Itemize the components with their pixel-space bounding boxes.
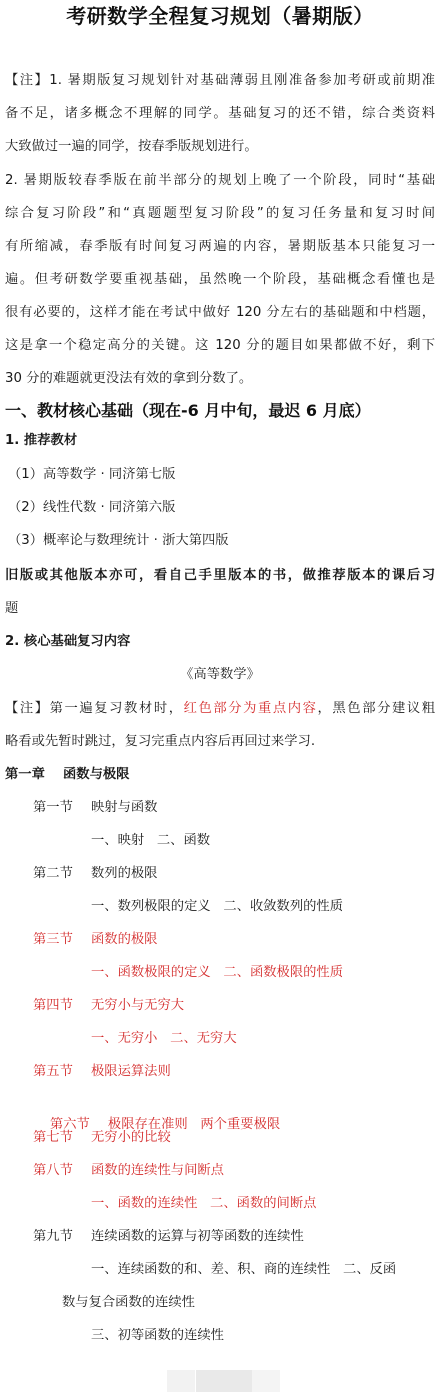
chapter-name: 函数与极限 [63, 767, 129, 782]
chapter-section: 第一节映射与函数 [33, 798, 440, 818]
book-item: （1）高等数学 · 同济第七版 [8, 465, 438, 485]
note1-line: 【注】1. 暑期版复习规划针对基础薄弱且刚准备参加考研或前期准 [5, 71, 435, 91]
section-items: 三、初等函数的连续性 [91, 1326, 440, 1346]
section-num: 第七节 [33, 1128, 91, 1148]
note2-line: 2. 暑期版较春季版在前半部分的规划上晚了一个阶段，同时“基础 [5, 171, 435, 191]
section-name: 连续函数的运算与初等函数的连续性 [91, 1229, 304, 1244]
section-items: 一、数列极限的定义 二、收敛数列的性质 [91, 897, 440, 917]
section-items-continued: 数与复合函数的连续性 [62, 1293, 440, 1313]
note2-line: 30 分的难题就更没法有效的拿到分数了。 [5, 369, 435, 389]
chapter-section: 第二节数列的极限 [33, 864, 440, 884]
section-num: 第八节 [33, 1161, 91, 1181]
note2-line: 综合复习阶段”和“真题题型复习阶段”的复习任务量和复习时间 [5, 204, 435, 224]
section-items: 一、映射 二、函数 [91, 831, 440, 851]
remark-line: 题 [5, 599, 435, 619]
page-title: 考研数学全程复习规划（暑期版） [0, 2, 440, 30]
subsection-heading: 1. 推荐教材 [5, 431, 435, 451]
note1-line: 大致做过一遍的同学，按春季版规划进行。 [5, 137, 435, 157]
chapter-section: 第九节连续函数的运算与初等函数的连续性 [33, 1227, 440, 1247]
study-note-line: 【注】第一遍复习教材时，红色部分为重点内容，黑色部分建议粗 [5, 699, 435, 719]
chapter-section-important: 第三节函数的极限 [33, 930, 440, 950]
section-name: 无穷小的比较 [91, 1130, 171, 1145]
section-items: 一、函数极限的定义 二、函数极限的性质 [91, 963, 440, 983]
chapter-heading: 第一章函数与极限 [5, 765, 435, 785]
book-item: （3）概率论与数理统计 · 浙大第四版 [8, 531, 438, 551]
note2-line: 有所缩减，春季版有时间复习两遍的内容，暑期版基本只能复习一 [5, 237, 435, 257]
note2-line: 这是拿一个稳定高分的关键。这 120 分的题目如果都做不好，剩下 [5, 336, 435, 356]
section-name: 映射与函数 [91, 800, 157, 815]
section-name: 极限运算法则 [91, 1064, 171, 1079]
study-note-suffix: ，黑色部分建议粗 [318, 701, 435, 716]
book-item: （2）线性代数 · 同济第六版 [8, 498, 438, 518]
section-heading: 一、教材核心基础（现在-6 月中旬，最迟 6 月底） [5, 400, 435, 422]
chapter-section-important: 第七节无穷小的比较 [33, 1128, 440, 1148]
document-page: 考研数学全程复习规划（暑期版） 【注】1. 暑期版复习规划针对基础薄弱且刚准备参… [0, 0, 440, 1392]
section-name: 数列的极限 [91, 866, 157, 881]
section-items: 一、函数的连续性 二、函数的间断点 [91, 1194, 440, 1214]
note2-line: 遍。但考研数学要重视基础，虽然晚一个阶段，基础概念看懂也是 [5, 270, 435, 290]
section-num: 第九节 [33, 1227, 91, 1247]
section-items: 一、无穷小 二、无穷大 [91, 1029, 440, 1049]
watermark-block [167, 1370, 195, 1392]
chapter-section-important: 第八节函数的连续性与间断点 [33, 1161, 440, 1181]
section-name: 函数的连续性与间断点 [91, 1163, 224, 1178]
book-title: 《高等数学》 [0, 665, 440, 685]
subsection-heading: 2. 核心基础复习内容 [5, 632, 435, 652]
study-note-highlight: 红色部分为重点内容 [184, 701, 318, 716]
section-num: 第三节 [33, 930, 91, 950]
study-note-line: 略看或先暂时跳过，复习完重点内容后再回过来学习. [5, 732, 435, 752]
note1-line: 备不足，诸多概念不理解的同学。基础复习的还不错，综合类资料 [5, 104, 435, 124]
chapter-section-important: 第五节极限运算法则 [33, 1062, 440, 1082]
chapter-section-important: 第四节无穷小与无穷大 [33, 996, 440, 1016]
section-num: 第二节 [33, 864, 91, 884]
study-note-prefix: 【注】第一遍复习教材时， [5, 701, 184, 716]
watermark-block [196, 1370, 252, 1392]
section-num: 第四节 [33, 996, 91, 1016]
section-num: 第一节 [33, 798, 91, 818]
remark-line: 旧版或其他版本亦可，看自己手里版本的书，做推荐版本的课后习 [5, 566, 435, 586]
section-items: 一、连续函数的和、差、积、商的连续性 二、反函 [91, 1260, 440, 1280]
section-name: 函数的极限 [91, 932, 157, 947]
watermark-block [252, 1370, 280, 1392]
note2-line: 很有必要的，这样才能在考试中做好 120 分左右的基础题和中档题， [5, 303, 435, 323]
chapter-num: 第一章 [5, 765, 63, 785]
section-name: 无穷小与无穷大 [91, 998, 184, 1013]
section-num: 第五节 [33, 1062, 91, 1082]
